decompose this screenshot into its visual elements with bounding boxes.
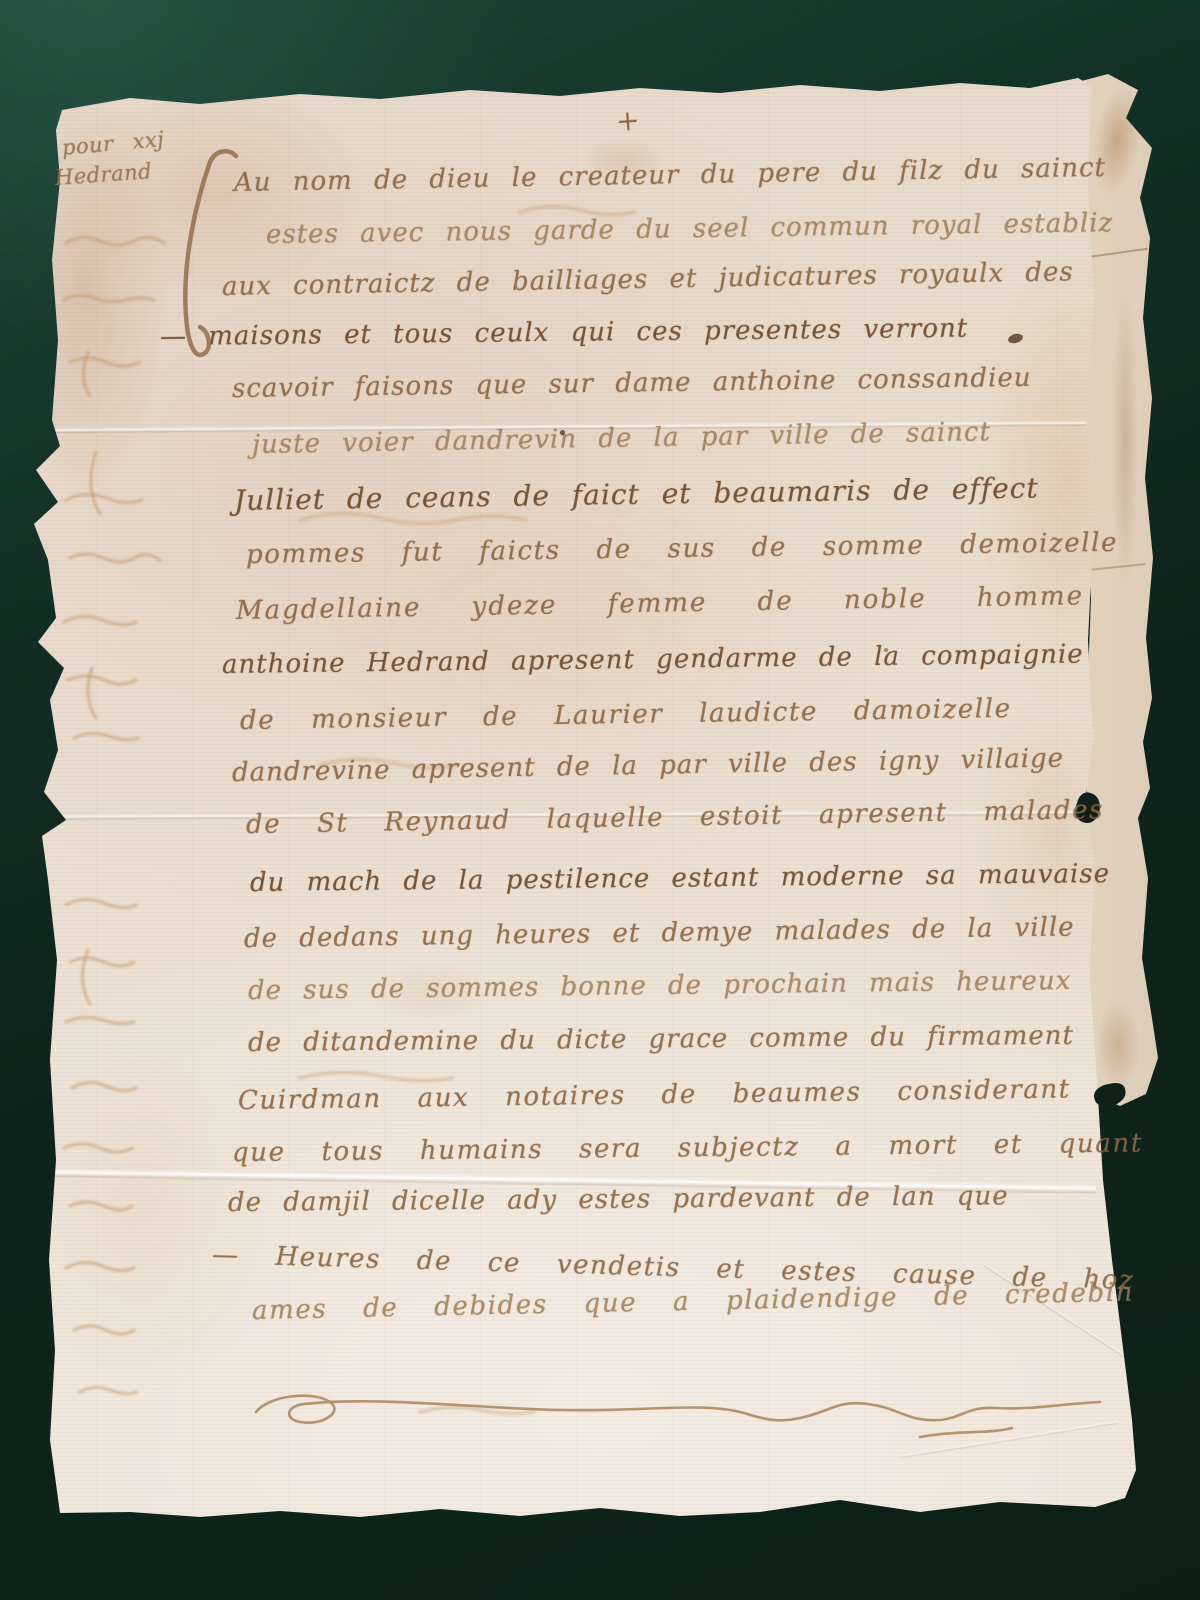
ink-speck [560, 430, 565, 435]
manuscript-text-layer: + pour xxj Hedrand Au nom de dieu le cre… [0, 0, 1200, 1600]
closing-flourish-tail [920, 1428, 1012, 1437]
photo-background: { "colors": { "background_green": "#0e21… [0, 0, 1200, 1600]
ink-speck [884, 648, 888, 652]
closing-flourish [256, 1396, 1100, 1423]
